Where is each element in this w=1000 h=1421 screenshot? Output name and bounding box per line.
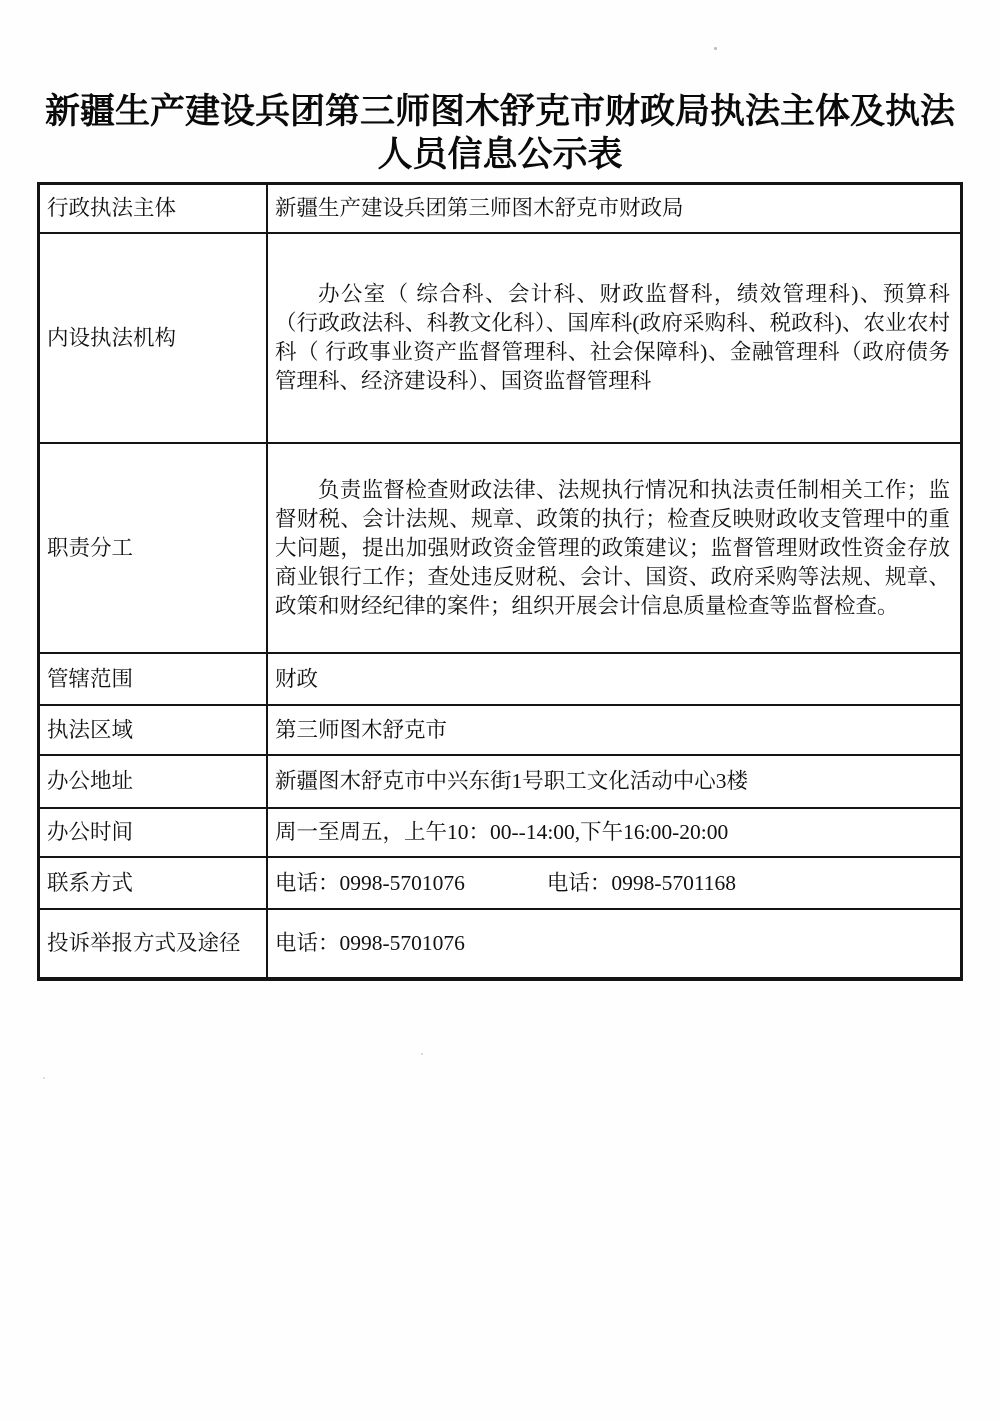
row-label: 执法区域 [40,706,268,754]
document-title-line1: 新疆生产建设兵团第三师图木舒克市财政局执法主体及执法 [0,90,1000,133]
row-value: 第三师图木舒克市 [268,706,960,754]
row-complaint-channel: 投诉举报方式及途径 电话：0998-5701076 [40,910,960,977]
row-office-hours: 办公时间 周一至周五，上午10：00--14:00,下午16:00-20:00 [40,809,960,858]
contact-phone-2: 电话：0998-5701168 [547,869,736,898]
row-label: 内设执法机构 [40,234,268,442]
contact-phone-1: 电话：0998-5701076 [275,869,465,898]
row-label: 职责分工 [40,444,268,652]
document-title: 新疆生产建设兵团第三师图木舒克市财政局执法主体及执法 人员信息公示表 [0,90,1000,176]
row-value: 周一至周五，上午10：00--14:00,下午16:00-20:00 [268,809,960,856]
row-value: 负责监督检查财政法律、法规执行情况和执法责任制相关工作；监督财税、会计法规、规章… [268,444,960,652]
info-table: 行政执法主体 新疆生产建设兵团第三师图木舒克市财政局 内设执法机构 办公室（ 综… [37,182,963,981]
row-value: 新疆生产建设兵团第三师图木舒克市财政局 [268,185,960,232]
row-value: 办公室（ 综合科、会计科、财政监督科，绩效管理科)、预算科（行政政法科、科教文化… [268,234,960,442]
document-title-line2: 人员信息公示表 [0,133,1000,176]
scan-artifact-dot [43,1077,45,1079]
row-internal-agencies: 内设执法机构 办公室（ 综合科、会计科、财政监督科，绩效管理科)、预算科（行政政… [40,234,960,444]
scanned-document-page: 新疆生产建设兵团第三师图木舒克市财政局执法主体及执法 人员信息公示表 行政执法主… [0,0,1000,1421]
row-office-address: 办公地址 新疆图木舒克市中兴东街1号职工文化活动中心3楼 [40,756,960,809]
row-value: 电话：0998-5701076 电话：0998-5701168 [268,858,960,908]
row-label: 办公地址 [40,756,268,807]
scan-artifact-dot [421,1053,423,1055]
row-value-paragraph: 办公室（ 综合科、会计科、财政监督科，绩效管理科)、预算科（行政政法科、科教文化… [275,280,950,396]
row-duties-division: 职责分工 负责监督检查财政法律、法规执行情况和执法责任制相关工作；监督财税、会计… [40,444,960,654]
row-enforcement-subject: 行政执法主体 新疆生产建设兵团第三师图木舒克市财政局 [40,185,960,234]
row-enforcement-area: 执法区域 第三师图木舒克市 [40,706,960,756]
row-value: 新疆图木舒克市中兴东街1号职工文化活动中心3楼 [268,756,960,807]
row-label: 行政执法主体 [40,185,268,232]
row-value-paragraph: 负责监督检查财政法律、法规执行情况和执法责任制相关工作；监督财税、会计法规、规章… [275,476,950,621]
row-contact-info: 联系方式 电话：0998-5701076 电话：0998-5701168 [40,858,960,910]
row-value: 电话：0998-5701076 [268,910,960,977]
scan-artifact-dot [714,47,717,50]
row-label: 投诉举报方式及途径 [40,910,268,977]
row-label: 管辖范围 [40,654,268,704]
row-value: 财政 [268,654,960,704]
row-jurisdiction-scope: 管辖范围 财政 [40,654,960,706]
row-label: 联系方式 [40,858,268,908]
row-label: 办公时间 [40,809,268,856]
